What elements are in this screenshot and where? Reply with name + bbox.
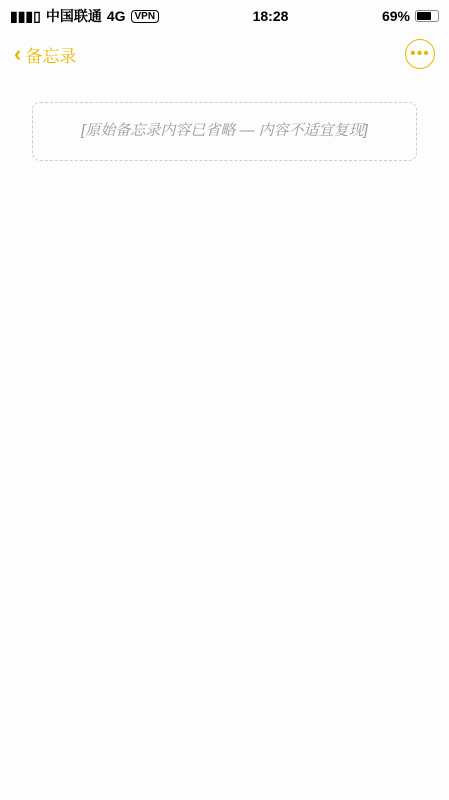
nav-bar: ‹ 备忘录 ••• <box>0 32 449 76</box>
more-options-button[interactable]: ••• <box>405 39 435 69</box>
status-bar: ▮▮▮▯ 中国联通 4G VPN 18:28 69% <box>0 0 449 32</box>
clock: 18:28 <box>253 8 289 24</box>
signal-icon: ▮▮▮▯ <box>10 8 41 25</box>
back-label: 备忘录 <box>25 42 76 67</box>
chevron-left-icon: ‹ <box>14 41 21 67</box>
back-button[interactable]: ‹ 备忘录 <box>14 41 76 67</box>
network-label: 4G <box>107 8 126 24</box>
note-content[interactable]: [原始备忘录内容已省略 — 内容不适宜复现] <box>0 76 449 187</box>
vpn-badge: VPN <box>131 10 160 23</box>
battery-percent: 69% <box>382 8 410 24</box>
battery-icon <box>415 10 439 22</box>
carrier-label: 中国联通 <box>46 6 102 26</box>
redacted-content-notice: [原始备忘录内容已省略 — 内容不适宜复现] <box>32 102 417 161</box>
